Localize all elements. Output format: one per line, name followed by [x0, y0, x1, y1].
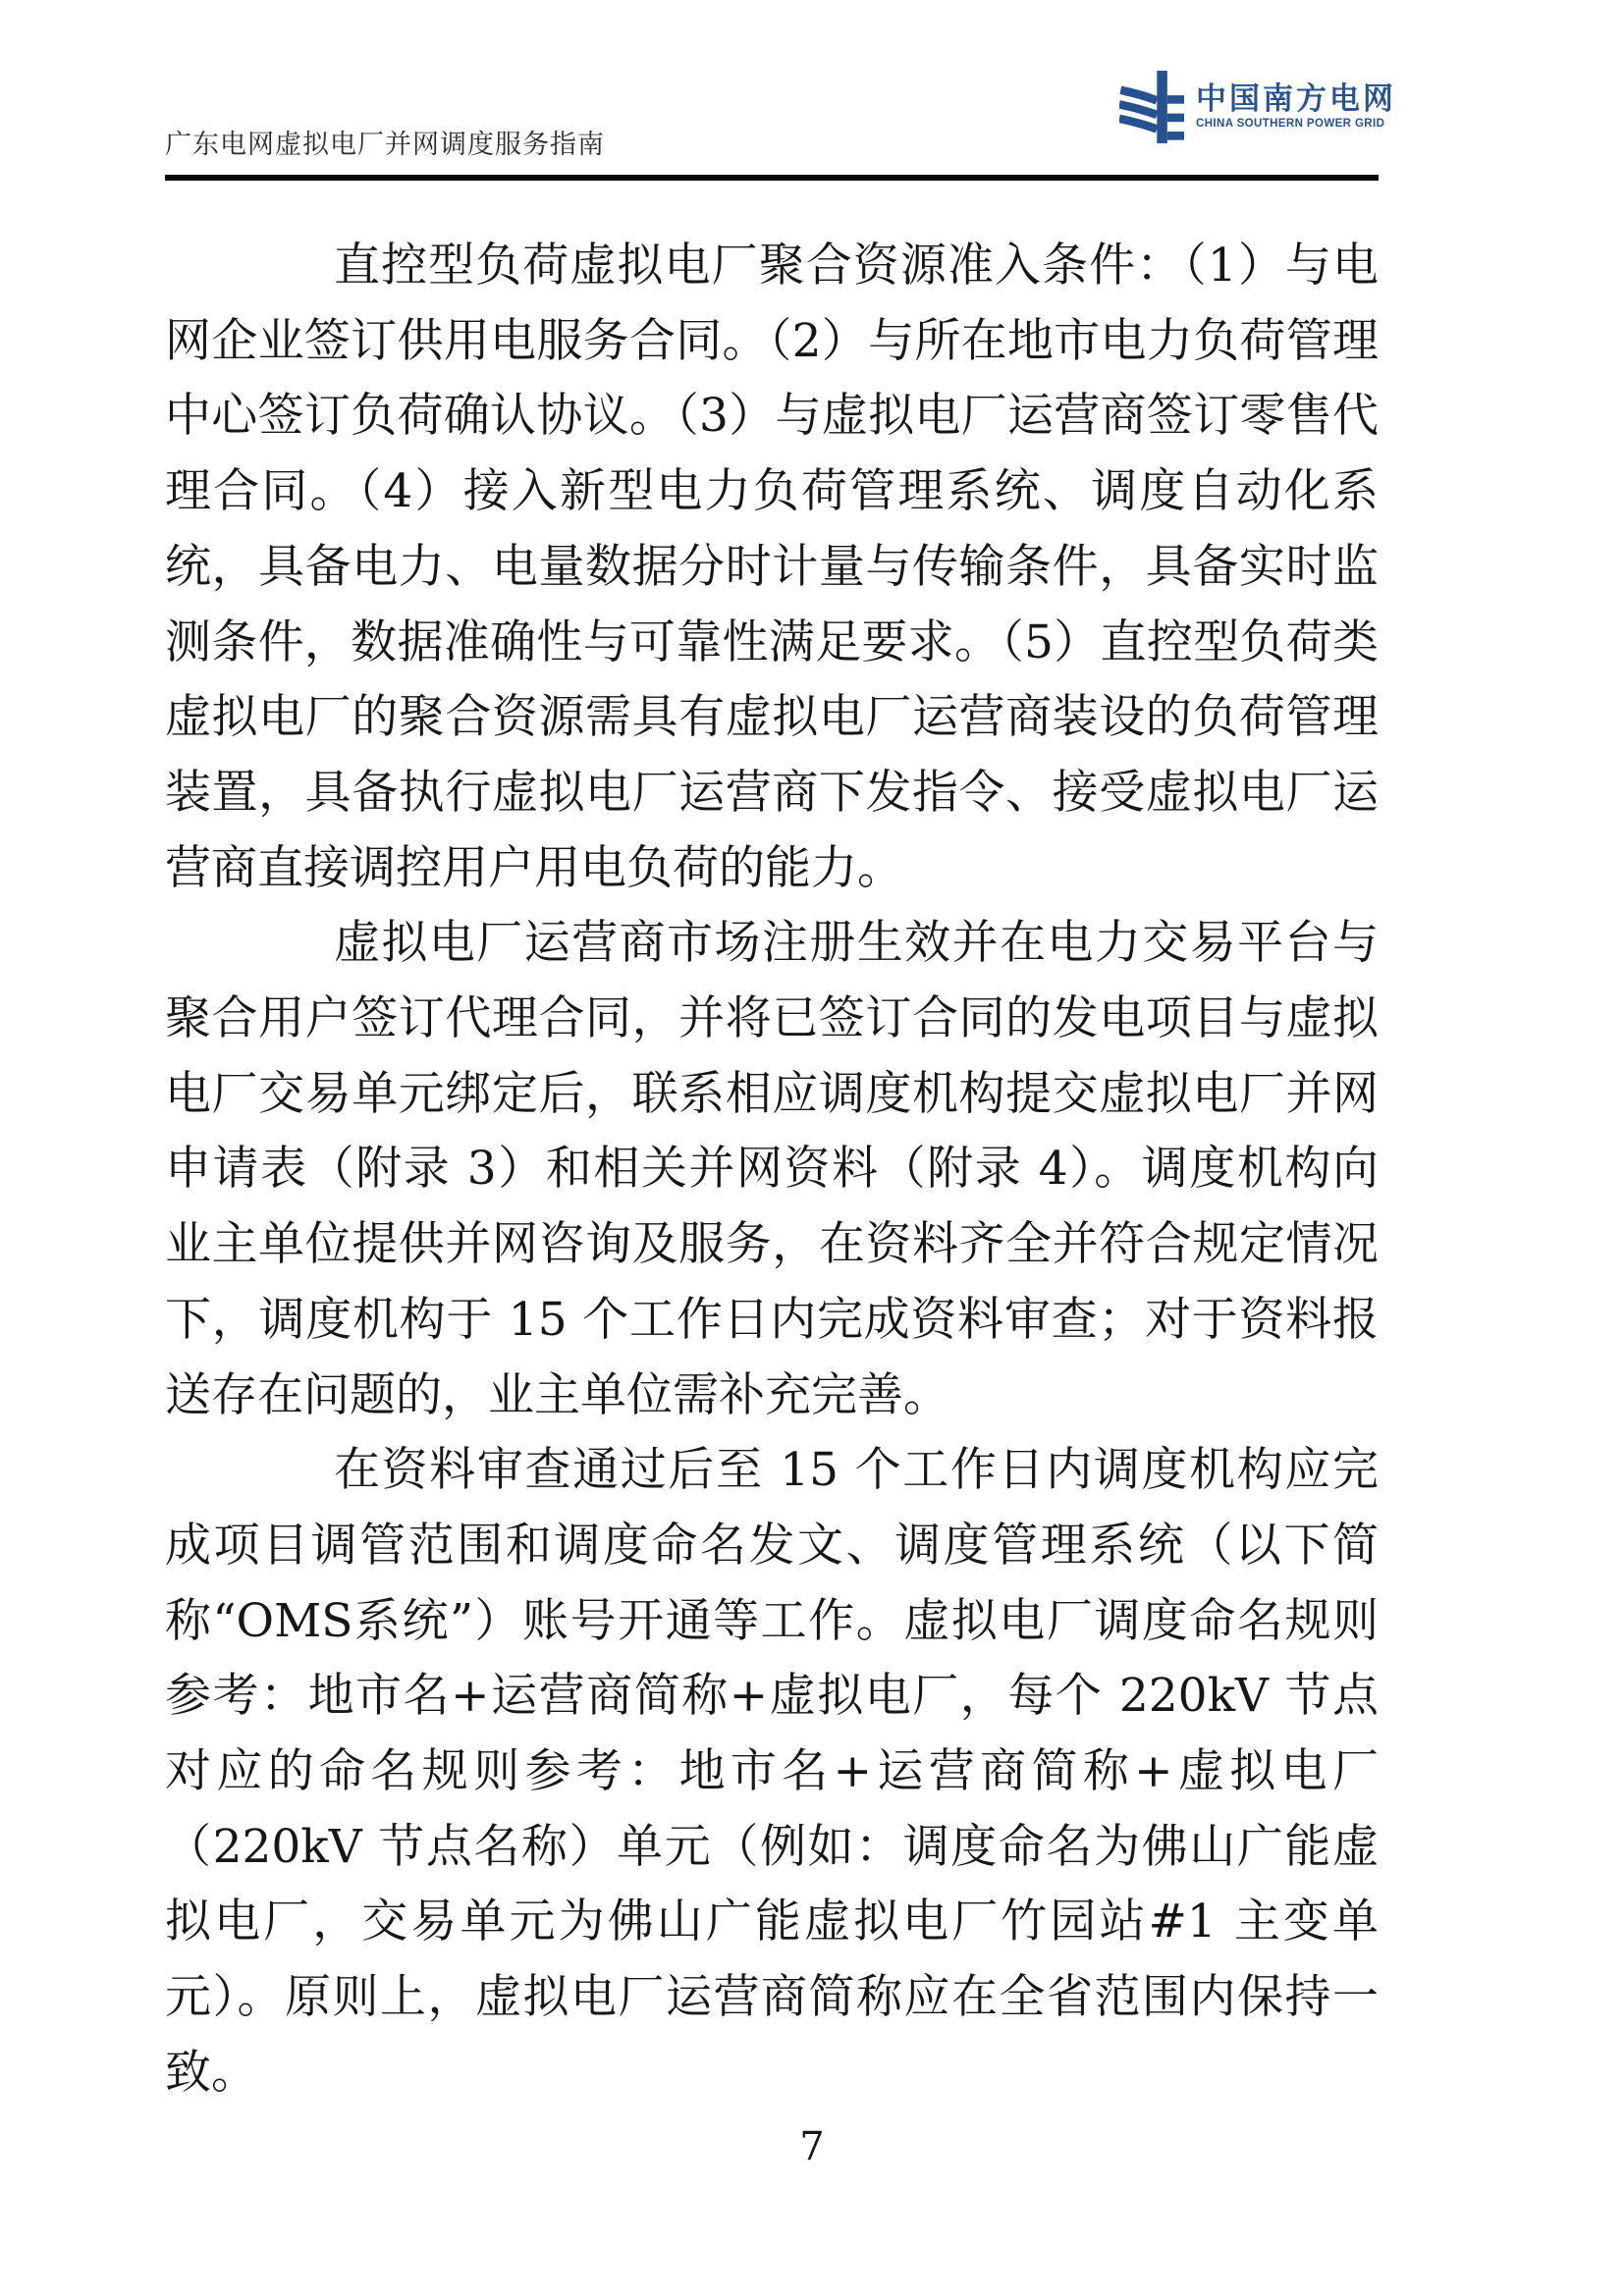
brand-name-english: CHINA SOUTHERN POWER GRID — [1196, 119, 1396, 131]
document-page: 广东电网虚拟电厂并网调度服务指南 中国南方电网 CHINA SOUTHERN P… — [0, 0, 1624, 2296]
page-footer: 7 — [0, 2124, 1624, 2169]
paragraph-admission-conditions: 直控型负荷虚拟电厂聚合资源准入条件：（1）与电网企业签订供用电服务合同。（2）与… — [165, 229, 1379, 906]
brand-name-chinese: 中国南方电网 — [1196, 83, 1396, 114]
document-title: 广东电网虚拟电厂并网调度服务指南 — [165, 123, 605, 161]
paragraph-naming-rules: 在资料审查通过后至 15 个工作日内调度机构应完成项目调管范围和调度命名发文、调… — [165, 1433, 1379, 2110]
page-header: 广东电网虚拟电厂并网调度服务指南 中国南方电网 CHINA SOUTHERN P… — [165, 0, 1379, 181]
document-body: 直控型负荷虚拟电厂聚合资源准入条件：（1）与电网企业签订供用电服务合同。（2）与… — [165, 229, 1379, 2111]
company-logo: 中国南方电网 CHINA SOUTHERN POWER GRID — [1119, 71, 1396, 143]
logo-wordmark: 中国南方电网 CHINA SOUTHERN POWER GRID — [1196, 83, 1396, 131]
power-grid-logo-icon — [1119, 71, 1184, 143]
paragraph-registration-application: 虚拟电厂运营商市场注册生效并在电力交易平台与聚合用户签订代理合同，并将已签订合同… — [165, 906, 1379, 1433]
page-number: 7 — [799, 2124, 824, 2169]
